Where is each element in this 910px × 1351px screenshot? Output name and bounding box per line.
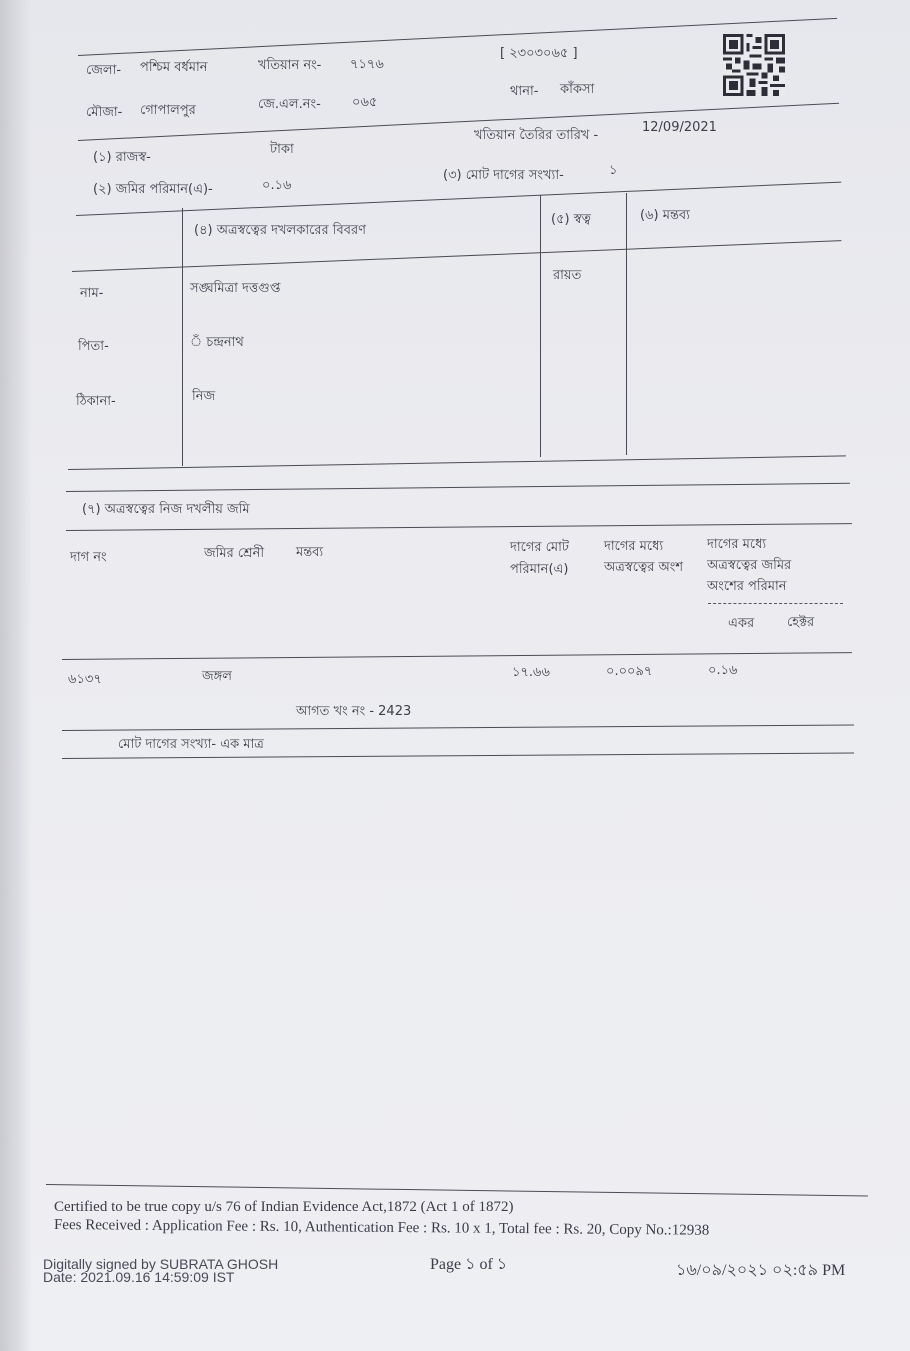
row-dag-total: ১৭.৬৬ <box>512 663 550 684</box>
revenue-label: (১) রাজস্ব- <box>93 148 151 169</box>
plot-section-title: (৭) অত্রস্বত্বের নিজ দখলীয় জমি <box>82 500 250 521</box>
fees-text: Fees Received : Application Fee : Rs. 10… <box>54 1217 709 1240</box>
district-value: পশ্চিম বর্ধমান <box>140 58 207 79</box>
land-share-header-2: অত্রস্বত্বের জমির <box>707 556 791 577</box>
owner-table-header-rule <box>72 240 841 272</box>
unit-acre: একর <box>728 614 754 635</box>
dag-total-header-2: পরিমান(এ) <box>510 560 568 581</box>
col4-header: (৪) অত্রস্বত্বের দখলকারের বিবরণ <box>194 221 366 242</box>
khatian-label: খতিয়ান নং- <box>258 56 321 77</box>
thana-label: থানা- <box>510 82 538 103</box>
row-acre: ০.১৬ <box>708 661 737 682</box>
signed-date: Date: 2021.09.16 14:59:09 IST <box>43 1271 234 1284</box>
remarks-header: মন্তব্য <box>296 543 323 564</box>
certified-text: Certified to be true copy u/s 76 of Indi… <box>54 1199 513 1216</box>
land-amount-label: (২) জমির পরিমান(এ)- <box>93 180 213 201</box>
jl-value: ০৬৫ <box>352 93 377 114</box>
owner-table-col-divider-2 <box>540 195 541 457</box>
page-indicator: Page ১ of ১ <box>430 1251 507 1278</box>
print-timestamp: ১৬/০৯/২০২১ ০২:৫৯ PM <box>676 1257 845 1284</box>
row-land-class: জঙ্গল <box>202 667 232 688</box>
jl-label: জে.এল.নং- <box>258 95 321 116</box>
unit-divider <box>708 603 843 604</box>
mouza-label: মৌজা- <box>86 103 122 124</box>
dag-total-header-1: দাগের মোট <box>510 538 569 559</box>
right-value: রায়ত <box>553 266 581 287</box>
col5-header: (৫) স্বত্ব <box>551 210 591 231</box>
plot-section-top-rule <box>66 483 850 492</box>
address-value: নিজ <box>192 387 215 408</box>
qr-code-icon <box>722 34 786 96</box>
land-class-header: জমির শ্রেনী <box>204 544 264 565</box>
land-amount-value: ০.১৬ <box>262 176 291 197</box>
total-dag-value: ১ <box>609 161 617 182</box>
plot-header-rule <box>66 523 852 531</box>
share-header-2: অত্রস্বত্বের অংশ <box>604 558 683 579</box>
plot-rows-bottom-rule <box>62 724 854 731</box>
share-header-1: দাগের মধ্যে <box>604 537 663 558</box>
owner-table-bottom-rule <box>68 455 846 470</box>
owner-table-col-divider-3 <box>626 193 627 455</box>
photo-edge-shadow <box>0 0 32 1351</box>
district-label: জেলা- <box>86 61 121 82</box>
dag-no-header: দাগ নং <box>70 548 107 569</box>
total-dag-text: মোট দাগের সংখ্যা- এক মাত্র <box>118 735 264 756</box>
name-label: নাম- <box>80 284 103 305</box>
khatian-value: ৭১৭৬ <box>350 55 384 76</box>
mouza-value: গোপালপুর <box>140 101 196 122</box>
row-share: ০.০০৯৭ <box>606 662 652 683</box>
row-dag-no: ৬১৩৭ <box>68 670 102 691</box>
plot-rows-top-rule <box>62 652 852 660</box>
code-bracket: [ ২৩০৩০৬৫ ] <box>500 44 578 65</box>
land-share-header-1: দাগের মধ্যে <box>707 535 766 556</box>
unit-hectare: হেক্টর <box>787 613 814 634</box>
khatian-date-value: 12/09/2021 <box>642 120 717 135</box>
revenue-unit: টাকা <box>270 140 294 161</box>
col6-header: (৬) মন্তব্য <box>640 206 690 227</box>
land-share-header-3: অংশের পরিমান <box>707 577 787 598</box>
thana-value: কাঁকসা <box>560 80 594 101</box>
footer-rule <box>46 1184 868 1196</box>
khatian-date-label: খতিয়ান তৈরির তারিখ - <box>474 126 598 147</box>
father-value: ঁ চন্দ্রনাথ <box>190 333 244 354</box>
agata-khatian: আগত খং নং - 2423 <box>296 702 411 723</box>
owner-table-col-divider-1 <box>182 208 183 466</box>
total-dag-label: (৩) মোট দাগের সংখ্যা- <box>443 166 564 187</box>
name-value: সঙ্ঘমিত্রা দত্তগুপ্ত <box>190 279 280 300</box>
father-label: পিতা- <box>78 337 109 358</box>
address-label: ঠিকানা- <box>76 392 116 413</box>
